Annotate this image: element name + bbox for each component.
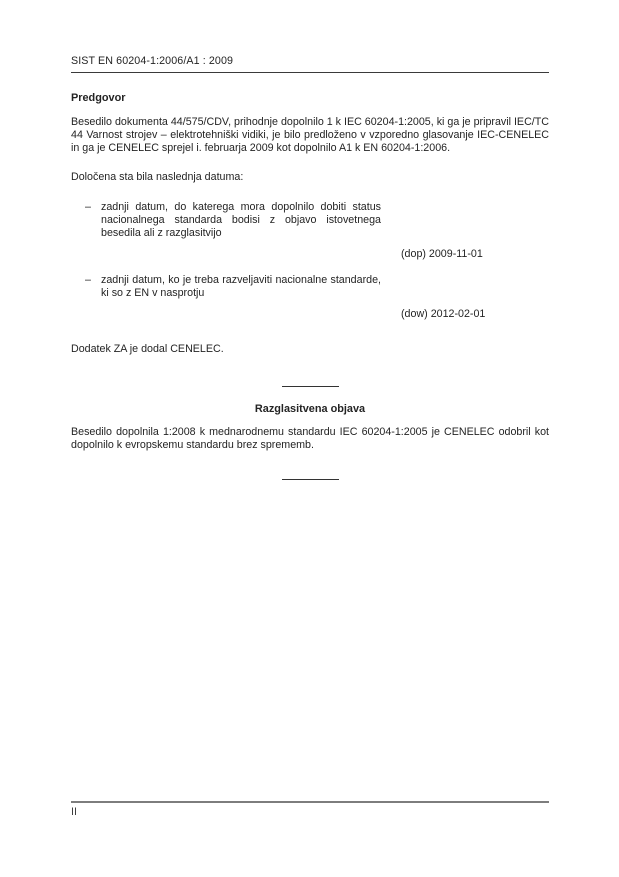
- list-dash: –: [85, 274, 101, 300]
- section-heading-predgovor: Predgovor: [71, 92, 549, 105]
- date-label-dop: (dop) 2009-11-01: [401, 248, 549, 261]
- document-page: SIST EN 60204-1:2006/A1 : 2009 Predgovor…: [0, 0, 619, 877]
- separator-line: [282, 386, 339, 387]
- section-heading-razglasitvena: Razglasitvena objava: [71, 403, 549, 416]
- page-number: II: [71, 806, 549, 818]
- paragraph-predgovor: Besedilo dokumenta 44/575/CDV, prihodnje…: [71, 116, 549, 155]
- date-label-dow: (dow) 2012-02-01: [401, 308, 549, 321]
- list-dash: –: [85, 201, 101, 240]
- running-header: SIST EN 60204-1:2006/A1 : 2009: [71, 55, 549, 68]
- dates-intro-text: Določena sta bila naslednja datuma:: [71, 171, 549, 184]
- date-list: – zadnji datum, do katerega mora dopolni…: [71, 201, 549, 321]
- list-item-text: zadnji datum, do katerega mora dopolnilo…: [101, 201, 381, 240]
- footer-rule: [71, 801, 549, 803]
- list-item-row: – zadnji datum, do katerega mora dopolni…: [85, 201, 549, 240]
- list-item-text: zadnji datum, ko je treba razveljaviti n…: [101, 274, 381, 300]
- separator-line: [282, 479, 339, 480]
- list-item-row: – zadnji datum, ko je treba razveljaviti…: [85, 274, 549, 300]
- page-footer: II: [71, 801, 549, 818]
- list-item: – zadnji datum, do katerega mora dopolni…: [71, 201, 549, 261]
- paragraph-razglasitvena: Besedilo dopolnila 1:2008 k mednarodnemu…: [71, 426, 549, 452]
- list-item: – zadnji datum, ko je treba razveljaviti…: [71, 274, 549, 321]
- page-content: SIST EN 60204-1:2006/A1 : 2009 Predgovor…: [71, 55, 549, 480]
- cenelec-note: Dodatek ZA je dodal CENELEC.: [71, 343, 549, 356]
- header-rule: [71, 72, 549, 73]
